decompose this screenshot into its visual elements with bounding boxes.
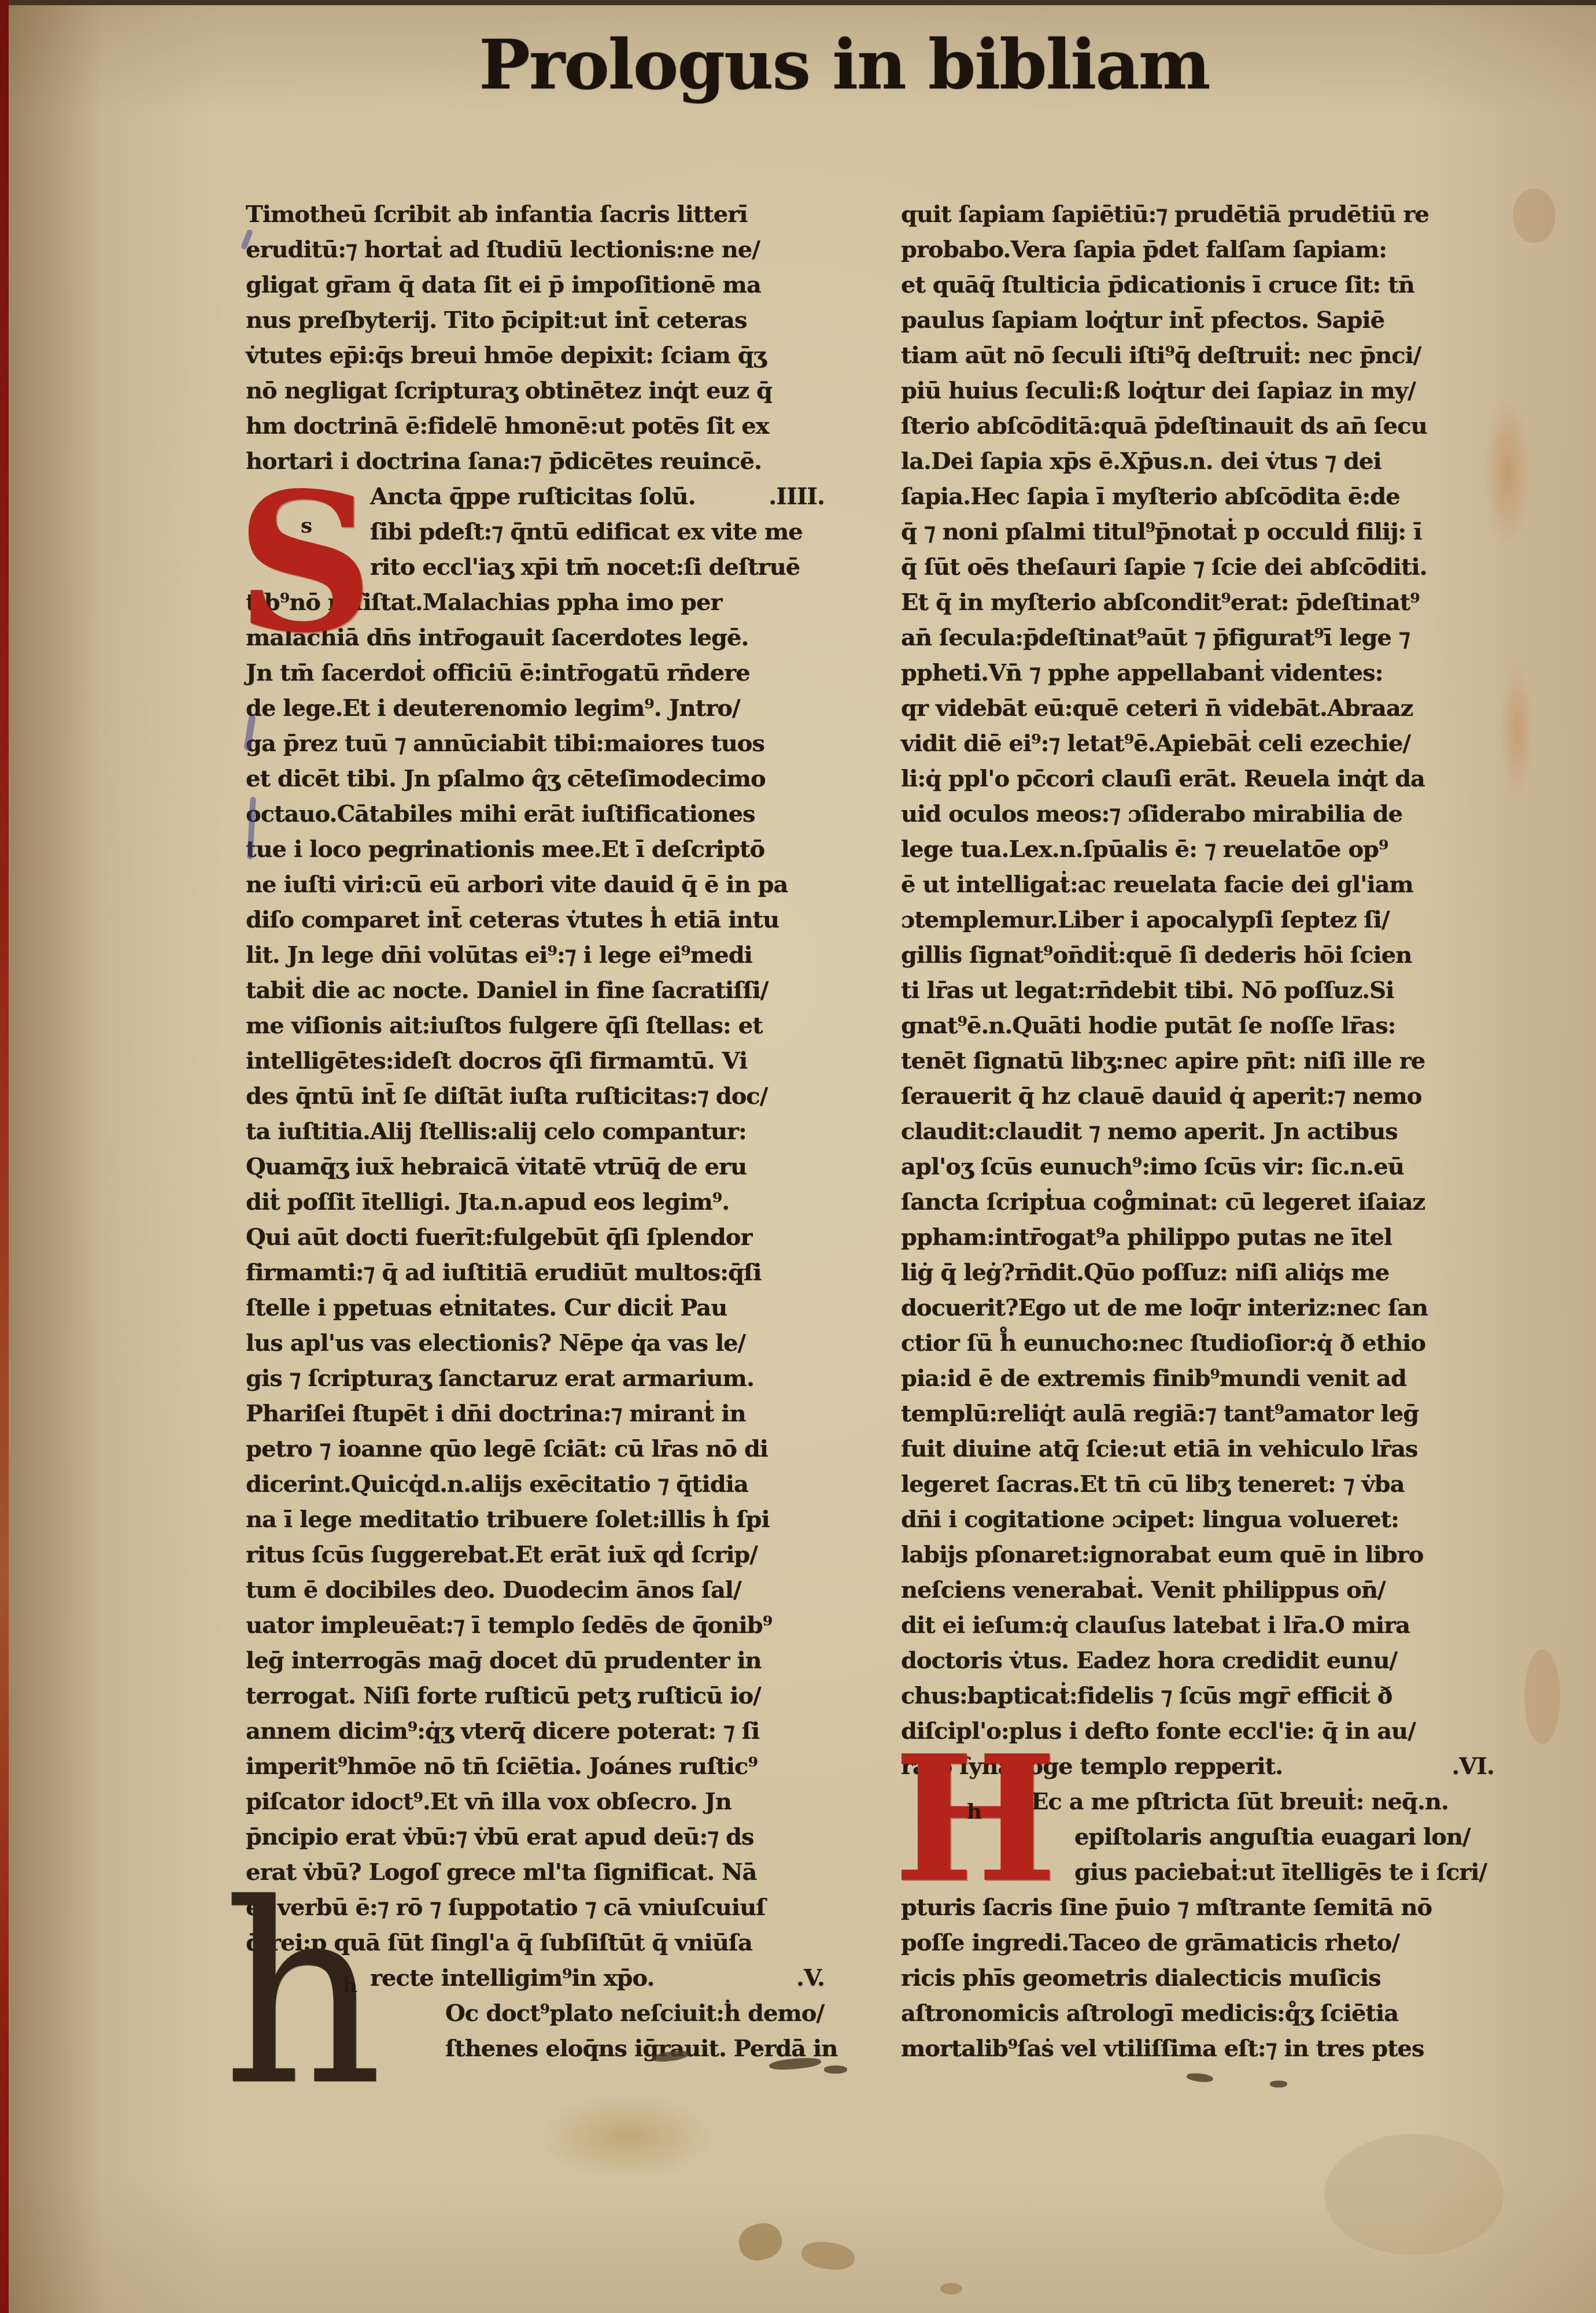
line-text: li:q̇ ppl'o pc̄cori clauſi erāt. Reuela … (901, 761, 1425, 796)
text-line: tabiṫ die ac nocte. Daniel in fine ſacra… (246, 973, 827, 1008)
line-text: ti lr̄as ut legat:rn̄debit tibi. Nō poſſ… (901, 973, 1394, 1008)
text-line: gligat gr̄am q̄ data ſit ei p̄ impoſitio… (246, 267, 827, 302)
stain (1500, 663, 1534, 797)
text-line: Qui aūt docti fuerīt:fulgebūt q̄ſi ſplen… (246, 1220, 827, 1255)
line-text: quit ſapiam ſapiētiū:⁊ prudētiā prudētiū… (901, 197, 1429, 232)
line-text: tue i loco pegrinationis mee.Et ī deſcri… (246, 832, 764, 867)
line-text: aſtronomicis aſtrologī medicis:q̊ʒ ſciēt… (901, 1996, 1398, 2031)
text-line: firmamti:⁊ q̄ ad iuſtitiā erudiūt multos… (246, 1255, 827, 1290)
stain (1513, 189, 1556, 243)
line-text: ppheti.Vn̄ ⁊ pphe appellabanṫ videntes: (901, 655, 1383, 690)
text-line: des q̄ntū int̄ ſe diſtāt iuſta ruſticita… (246, 1078, 827, 1114)
line-text: dn̄i i cogitatione ɔcipet: lingua voluer… (901, 1502, 1399, 1537)
line-text: epiſtolaris anguſtia euagari lon/ (1074, 1819, 1471, 1854)
line-text: ne iuſti viri:cū eū arbori vite dauid q̄… (246, 867, 788, 902)
line-text: v̇tutes ep̄i:q̄s breui hmōe depixit: ſci… (246, 338, 766, 373)
line-text: lege tua.Lex.n.ſpūalis ē: ⁊ reuelatōe op… (901, 832, 1388, 867)
text-line: lus apl'us vas electionis? Nēpe q̇a vas … (246, 1325, 827, 1361)
line-text: annem dicim⁹:q̇ʒ vterq̄ dicere poterat: … (246, 1713, 759, 1749)
line-text: neſciens venerabaṫ. Venit philippus on̄/ (901, 1572, 1386, 1608)
text-line: ſtelle i ppetuas eṫnitates. Cur diciṫ Pa… (246, 1290, 827, 1325)
line-text: ſancta ſcripṫua cog̊minat: cū legeret iſ… (901, 1184, 1425, 1220)
line-text: imperit⁹hmōe nō tn̄ ſciētia. Joánes ruſt… (246, 1749, 758, 1784)
text-line: piſcator idoct⁹.Et vn̄ illa vox obſecro.… (246, 1784, 827, 1819)
line-text: ſibi pdeſt:⁊ q̄ntū edificat ex vite me (370, 514, 803, 549)
line-text: intelligētes:ideſt docros q̄ſi firmamtū.… (246, 1043, 747, 1078)
text-line: et dicēt tibi. Jn pſalmo q̂ʒ cēteſimodec… (246, 761, 827, 796)
line-text: piū huius ſeculi:ß loq̇tur dei ſapiaz in… (901, 373, 1416, 408)
line-text: lit. Jn lege dn̄i volūtas ei⁹:⁊ i lege e… (246, 937, 752, 973)
line-text: ē ut intelligaṫ:ac reuelata facie dei gl… (901, 867, 1413, 902)
text-line: dit ei ieſum:q̇ clauſus latebat i lr̄a.O… (901, 1608, 1497, 1643)
line-text: q̄ ſūt oēs theſauri ſapie ⁊ ſcie dei abſ… (901, 549, 1427, 585)
text-line: legeret ſacras.Et tn̄ cū libʒ teneret: ⁊… (901, 1466, 1497, 1502)
page-title: Prologus in bibliam (220, 24, 1469, 105)
page-top-edge (0, 0, 1596, 5)
text-line: hm doctrinā ē:fidelē hmonē:ut potēs ſit … (246, 408, 827, 444)
line-text: tum ē docibiles deo. Duodecim ānos ſal/ (246, 1572, 741, 1608)
text-line: q̄ ſūt oēs theſauri ſapie ⁊ ſcie dei abſ… (901, 549, 1497, 585)
line-text: ctior ſū h̊ eunucho:nec ſtudioſior:q̇ ð … (901, 1325, 1425, 1361)
text-line: ne iuſti viri:cū eū arbori vite dauid q̄… (246, 867, 827, 902)
line-text: me viſionis ait:iuſtos fulgere q̄ſi ſtel… (246, 1008, 763, 1043)
line-text: Ancta q̄ppe ruſticitas ſolū. (370, 479, 696, 514)
manuscript-page: Prologus in bibliam Timotheū ſcribit ab … (0, 0, 1596, 2313)
line-text: recte intelligim⁹in xp̄o. (370, 1960, 654, 1996)
line-text: ritus ſcūs ſuggerebat.Et erāt iux̄ qḋ ſc… (246, 1537, 758, 1572)
text-line: Et q̄ in myſterio abſcondit⁹erat: p̄deſt… (901, 585, 1497, 620)
line-text: et quāq̄ ſtulticia p̄dicationis ī cruce … (901, 267, 1414, 302)
text-line: vidit diē ei⁹:⁊ letat⁹ē.Apiebāṫ celi eze… (901, 726, 1497, 761)
text-line: qr videbāt eū:quē ceteri n̄ videbāt.Abra… (901, 690, 1497, 726)
text-line: tum ē docibiles deo. Duodecim ānos ſal/ (246, 1572, 827, 1608)
text-line: pia:id ē de extremis finib⁹mundi venit a… (901, 1361, 1497, 1396)
line-text: ta iuſtitia.Alij ſtellis:alij celo compa… (246, 1114, 747, 1149)
text-line: tiam aūt nō ſeculi iſti⁹q̄ deſtruiṫ: nec… (901, 338, 1497, 373)
text-line: ctior ſū h̊ eunucho:nec ſtudioſior:q̇ ð … (901, 1325, 1497, 1361)
line-text: labijs pſonaret:ignorabat eum quē in lib… (901, 1537, 1424, 1572)
text-line: claudit:claudit ⁊ nemo aperit. Jn actibu… (901, 1114, 1497, 1149)
text-line: gnat⁹ē.n.Quāti hodie putāt ſe noſſe lr̄a… (901, 1008, 1497, 1043)
line-text: Ec a me pſtricta ſūt breuiṫ: neq̄.n. (1031, 1784, 1449, 1819)
line-text: diṫ poſſit ītelligi. Jta.n.apud eos legi… (246, 1184, 729, 1220)
stain (538, 2093, 717, 2180)
line-text: liġ q̄ leġ?rn̄dit.Qūo poſſuz: niſi aliq̇… (901, 1255, 1389, 1290)
line-text: na ī lege meditatio tribuere ſolet:illis… (246, 1502, 770, 1537)
line-text: dit ei ieſum:q̇ clauſus latebat i lr̄a.O… (901, 1608, 1410, 1643)
section-numeral: .VI. (1451, 1749, 1497, 1784)
text-line: gillis ſignat⁹on̄diṫ:quē ſi dederis hōi … (901, 937, 1497, 973)
section-numeral: .V. (796, 1960, 827, 1996)
text-line: tue i loco pegrinationis mee.Et ī deſcri… (246, 832, 827, 867)
text-line: an̄ ſecula:p̄deſtinat⁹aūt ⁊ p̄figurat⁹ī … (901, 620, 1497, 655)
text-line: terrogat. Niſi forte ruſticū petʒ ruſtic… (246, 1678, 827, 1713)
text-line: li:q̇ ppl'o pc̄cori clauſi erāt. Reuela … (901, 761, 1497, 796)
line-text: Phariſei ſtupēt i dn̄i doctrina:⁊ miranṫ… (246, 1396, 746, 1431)
text-line: fuit diuine atq̄ ſcie:ut etiā in vehicul… (901, 1431, 1497, 1466)
text-line: doctoris v̇tus. Eadez hora credidit eunu… (901, 1643, 1497, 1678)
line-text: fuit diuine atq̄ ſcie:ut etiā in vehicul… (901, 1431, 1418, 1466)
line-text: et dicēt tibi. Jn pſalmo q̂ʒ cēteſimodec… (246, 761, 766, 796)
line-text: an̄ ſecula:p̄deſtinat⁹aūt ⁊ p̄figurat⁹ī … (901, 620, 1410, 655)
line-text: Qui aūt docti fuerīt:fulgebūt q̄ſi ſplen… (246, 1220, 752, 1255)
text-line: ta iuſtitia.Alij ſtellis:alij celo compa… (246, 1114, 827, 1149)
ink-speck (824, 2066, 847, 2074)
guide-letter-s: s (301, 513, 312, 538)
text-line: na ī lege meditatio tribuere ſolet:illis… (246, 1502, 827, 1537)
text-line: me viſionis ait:iuſtos fulgere q̄ſi ſtel… (246, 1008, 827, 1043)
line-text: probabo.Vera ſapia p̄det falſam ſapiam: (901, 232, 1387, 267)
line-text: diſo comparet int̄ ceteras v̇tutes ḣ eti… (246, 902, 779, 937)
stain (800, 2239, 856, 2273)
text-line: apl'oʒ ſcūs eunuch⁹:imo ſcūs vir: ſic.n.… (901, 1149, 1497, 1184)
line-text: tenēt ſignatū libʒ:nec apire pn̄t: niſi … (901, 1043, 1425, 1078)
text-line: poſſe ingredi.Taceo de grāmaticis rheto/ (901, 1925, 1497, 1960)
line-text: nō negligat ſcripturaʒ obtinētez inq̇t e… (246, 373, 772, 408)
text-line: nō negligat ſcripturaʒ obtinētez inq̇t e… (246, 373, 827, 408)
section-numeral: .IIII. (769, 479, 827, 514)
line-text: Timotheū ſcribit ab infantia ſacris litt… (246, 197, 747, 232)
text-line: v̇tutes ep̄i:q̄s breui hmōe depixit: ſci… (246, 338, 827, 373)
text-line: annem dicim⁹:q̇ʒ vterq̄ dicere poterat: … (246, 1713, 827, 1749)
text-line: ppham:intr̄ogat⁹a philippo putas ne ītel (901, 1220, 1497, 1255)
text-line: diſo comparet int̄ ceteras v̇tutes ḣ eti… (246, 902, 827, 937)
stain (940, 2283, 962, 2294)
drop-cap-initial-h-manuscript: h (223, 1871, 383, 2120)
text-line: ga p̄rez tuū ⁊ annūciabit tibi:maiores t… (246, 726, 827, 761)
text-line: gis ⁊ ſcripturaʒ ſanctaruz erat armarium… (246, 1361, 827, 1396)
text-line: labijs pſonaret:ignorabat eum quē in lib… (901, 1537, 1497, 1572)
book-gutter-edge (0, 0, 9, 2313)
text-line: octauo.Cātabiles mihi erāt iuſtification… (246, 796, 827, 832)
text-line: liġ q̄ leġ?rn̄dit.Qūo poſſuz: niſi aliq̇… (901, 1255, 1497, 1290)
line-text: ſerauerit q̄ hz clauē dauid q̇ aperit:⁊ … (901, 1078, 1422, 1114)
text-line: Quamq̄ʒ iux̄ hebraicā v̇itatē vtrūq̄ de … (246, 1149, 827, 1184)
stain (735, 2219, 786, 2264)
line-text: ricis phīs geometris dialecticis muſicis (901, 1960, 1381, 1996)
line-text: la.Dei ſapia xp̄s ē.Xp̄us.n. dei v̇tus ⁊… (901, 444, 1381, 479)
text-line: quit ſapiam ſapiētiū:⁊ prudētiā prudētiū… (901, 197, 1497, 232)
text-line: uid oculos meos:⁊ ɔſiderabo mirabilia de (901, 796, 1497, 832)
text-line: q̄ ⁊ noni pſalmi titul⁹p̄notaṫ p occulḋ … (901, 514, 1497, 549)
text-line: leḡ interrogās maḡ docet dū prudenter in (246, 1643, 827, 1678)
line-text: uator impleuēat:⁊ ī templo ſedēs de q̄on… (246, 1608, 772, 1643)
line-text: gillis ſignat⁹on̄diṫ:quē ſi dederis hōi … (901, 937, 1412, 973)
line-text: hm doctrinā ē:fidelē hmonē:ut potēs ſit … (246, 408, 769, 444)
line-text: mortalib⁹ſaṡ vel vtiliſſima eſt:⁊ in tre… (901, 2031, 1424, 2066)
line-text: gnat⁹ē.n.Quāti hodie putāt ſe noſſe lr̄a… (901, 1008, 1396, 1043)
line-text: gligat gr̄am q̄ data ſit ei p̄ impoſitio… (246, 267, 761, 302)
line-text: des q̄ntū int̄ ſe diſtāt iuſta ruſticita… (246, 1078, 767, 1114)
text-line: p̄ncipio erat v̇bū:⁊ v̇bū erat apud deū:… (246, 1819, 827, 1854)
text-line: de lege.Et i deuterenomio legim⁹. Jntro/ (246, 690, 827, 726)
text-line: et quāq̄ ſtulticia p̄dicationis ī cruce … (901, 267, 1497, 302)
line-text: firmamti:⁊ q̄ ad iuſtitiā erudiūt multos… (246, 1255, 761, 1290)
ink-speck (1186, 2072, 1213, 2083)
line-text: tabiṫ die ac nocte. Daniel in fine ſacra… (246, 973, 768, 1008)
text-line: ritus ſcūs ſuggerebat.Et erāt iux̄ qḋ ſc… (246, 1537, 827, 1572)
line-text: leḡ interrogās maḡ docet dū prudenter in (246, 1643, 762, 1678)
line-text: eruditū:⁊ hortaṫ ad ſtudiū lectionis:ne … (246, 232, 760, 267)
line-text: claudit:claudit ⁊ nemo aperit. Jn actibu… (901, 1114, 1398, 1149)
text-line: tenēt ſignatū libʒ:nec apire pn̄t: niſi … (901, 1043, 1497, 1078)
line-text: ppham:intr̄ogat⁹a philippo putas ne ītel (901, 1220, 1392, 1255)
text-line: ɔtemplemur.Liber i apocalypſi ſeptez ſi/ (901, 902, 1497, 937)
text-line: lit. Jn lege dn̄i volūtas ei⁹:⁊ i lege e… (246, 937, 827, 973)
line-text: lus apl'us vas electionis? Nēpe q̇a vas … (246, 1325, 745, 1361)
line-text: poſſe ingredi.Taceo de grāmaticis rheto/ (901, 1925, 1399, 1960)
text-line: ti lr̄as ut legat:rn̄debit tibi. Nō poſſ… (901, 973, 1497, 1008)
line-text: apl'oʒ ſcūs eunuch⁹:imo ſcūs vir: ſic.n.… (901, 1149, 1404, 1184)
line-text: tiam aūt nō ſeculi iſti⁹q̄ deſtruiṫ: nec… (901, 338, 1421, 373)
text-line: ſapia.Hec ſapia ī myſterio abſcōdita ē:d… (901, 479, 1497, 514)
text-line: templū:reliq̇t aulā regiā:⁊ tant⁹amator … (901, 1396, 1497, 1431)
text-line: mortalib⁹ſaṡ vel vtiliſſima eſt:⁊ in tre… (901, 2031, 1497, 2066)
line-text: petro ⁊ ioanne qūo legē ſciāt: cū lr̄as … (246, 1431, 768, 1466)
ink-speck (1270, 2081, 1287, 2087)
text-line: diṫ poſſit ītelligi. Jta.n.apud eos legi… (246, 1184, 827, 1220)
line-text: qr videbāt eū:quē ceteri n̄ videbāt.Abra… (901, 690, 1413, 726)
text-line: petro ⁊ ioanne qūo legē ſciāt: cū lr̄as … (246, 1431, 827, 1466)
text-line: paulus ſapiam loq̇tur int̄ pfectos. Sapi… (901, 302, 1497, 338)
line-text: de lege.Et i deuterenomio legim⁹. Jntro/ (246, 690, 740, 726)
line-text: piſcator idoct⁹.Et vn̄ illa vox obſecro.… (246, 1784, 731, 1819)
gutter-shadow (9, 0, 101, 2313)
text-line: ricis phīs geometris dialecticis muſicis (901, 1960, 1497, 1996)
line-text: ɔtemplemur.Liber i apocalypſi ſeptez ſi/ (901, 902, 1390, 937)
line-text: q̄ ⁊ noni pſalmi titul⁹p̄notaṫ p occulḋ … (901, 514, 1421, 549)
text-line: la.Dei ſapia xp̄s ē.Xp̄us.n. dei v̇tus ⁊… (901, 444, 1497, 479)
line-text: ſterio abſcōditā:quā p̄deſtinauit ds an̄… (901, 408, 1427, 444)
text-line: ſancta ſcripṫua cog̊minat: cū legeret iſ… (901, 1184, 1497, 1220)
line-text: chus:bapticaṫ:fidelis ⁊ ſcūs mgr̄ effici… (901, 1678, 1392, 1713)
stain (1524, 1649, 1560, 1744)
line-text: rito eccl'iaʒ xp̄i tm̄ nocet:ſi deſtruē (370, 549, 800, 585)
text-line: nus preſbyterij. Tito p̄cipit:ut int̄ ce… (246, 302, 827, 338)
text-line: aſtronomicis aſtrologī medicis:q̊ʒ ſciēt… (901, 1996, 1497, 2031)
line-text: gius paciebaṫ:ut ītelligēs te i ſcri/ (1074, 1854, 1487, 1890)
text-line: ē ut intelligaṫ:ac reuelata facie dei gl… (901, 867, 1497, 902)
text-line: docuerit?Ego ut de me loq̄r interiz:nec … (901, 1290, 1497, 1325)
text-line: uator impleuēat:⁊ ī templo ſedēs de q̄on… (246, 1608, 827, 1643)
stain (1324, 2134, 1503, 2255)
guide-letter-h-right: h (967, 1800, 982, 1824)
line-text: legeret ſacras.Et tn̄ cū libʒ teneret: ⁊… (901, 1466, 1405, 1502)
line-text: ſapia.Hec ſapia ī myſterio abſcōdita ē:d… (901, 479, 1400, 514)
text-line: chus:bapticaṫ:fidelis ⁊ ſcūs mgr̄ effici… (901, 1678, 1497, 1713)
text-line: dn̄i i cogitatione ɔcipet: lingua voluer… (901, 1502, 1497, 1537)
line-text: octauo.Cātabiles mihi erāt iuſtification… (246, 796, 755, 832)
line-text: docuerit?Ego ut de me loq̄r interiz:nec … (901, 1290, 1428, 1325)
text-line: dicerint.Quicq̇d.n.alijs exēcitatio ⁊ q̄… (246, 1466, 827, 1502)
line-text: uid oculos meos:⁊ ɔſiderabo mirabilia de (901, 796, 1402, 832)
line-text: Oc doct⁹plato neſciuit:ḣ demo/ (445, 1996, 824, 2031)
line-text: Et q̄ in myſterio abſcondit⁹erat: p̄deſt… (901, 585, 1420, 620)
line-text: terrogat. Niſi forte ruſticū petʒ ruſtic… (246, 1678, 761, 1713)
line-text: p̄ncipio erat v̇bū:⁊ v̇bū erat apud deū:… (246, 1819, 754, 1854)
line-text: gis ⁊ ſcripturaʒ ſanctaruz erat armarium… (246, 1361, 754, 1396)
line-text: paulus ſapiam loq̇tur int̄ pfectos. Sapi… (901, 302, 1384, 338)
text-line: ſterio abſcōditā:quā p̄deſtinauit ds an̄… (901, 408, 1497, 444)
line-text: nus preſbyterij. Tito p̄cipit:ut int̄ ce… (246, 302, 747, 338)
line-text: templū:reliq̇t aulā regiā:⁊ tant⁹amator … (901, 1396, 1418, 1431)
text-line: imperit⁹hmōe nō tn̄ ſciētia. Joánes ruſt… (246, 1749, 827, 1784)
text-line: Timotheū ſcribit ab infantia ſacris litt… (246, 197, 827, 232)
text-line: ſerauerit q̄ hz clauē dauid q̇ aperit:⁊ … (901, 1078, 1497, 1114)
line-text: ſtelle i ppetuas eṫnitates. Cur diciṫ Pa… (246, 1290, 727, 1325)
line-text: pia:id ē de extremis finib⁹mundi venit a… (901, 1361, 1406, 1396)
text-line: ppheti.Vn̄ ⁊ pphe appellabanṫ videntes: (901, 655, 1497, 690)
text-line: Phariſei ſtupēt i dn̄i doctrina:⁊ miranṫ… (246, 1396, 827, 1431)
text-line: neſciens venerabaṫ. Venit philippus on̄/ (901, 1572, 1497, 1608)
text-line: intelligētes:ideſt docros q̄ſi firmamtū.… (246, 1043, 827, 1078)
text-line: piū huius ſeculi:ß loq̇tur dei ſapiaz in… (901, 373, 1497, 408)
guide-letter-h-left: h (342, 1973, 357, 1997)
text-line: probabo.Vera ſapia p̄det falſam ſapiam: (901, 232, 1497, 267)
drop-cap-initial-s: S (236, 467, 374, 658)
line-text: ga p̄rez tuū ⁊ annūciabit tibi:maiores t… (246, 726, 764, 761)
text-line: eruditū:⁊ hortaṫ ad ſtudiū lectionis:ne … (246, 232, 827, 267)
line-text: vidit diē ei⁹:⁊ letat⁹ē.Apiebāṫ celi eze… (901, 726, 1410, 761)
line-text: Quamq̄ʒ iux̄ hebraicā v̇itatē vtrūq̄ de … (246, 1149, 747, 1184)
line-text: dicerint.Quicq̇d.n.alijs exēcitatio ⁊ q̄… (246, 1466, 748, 1502)
line-text: doctoris v̇tus. Eadez hora credidit eunu… (901, 1643, 1397, 1678)
text-line: lege tua.Lex.n.ſpūalis ē: ⁊ reuelatōe op… (901, 832, 1497, 867)
